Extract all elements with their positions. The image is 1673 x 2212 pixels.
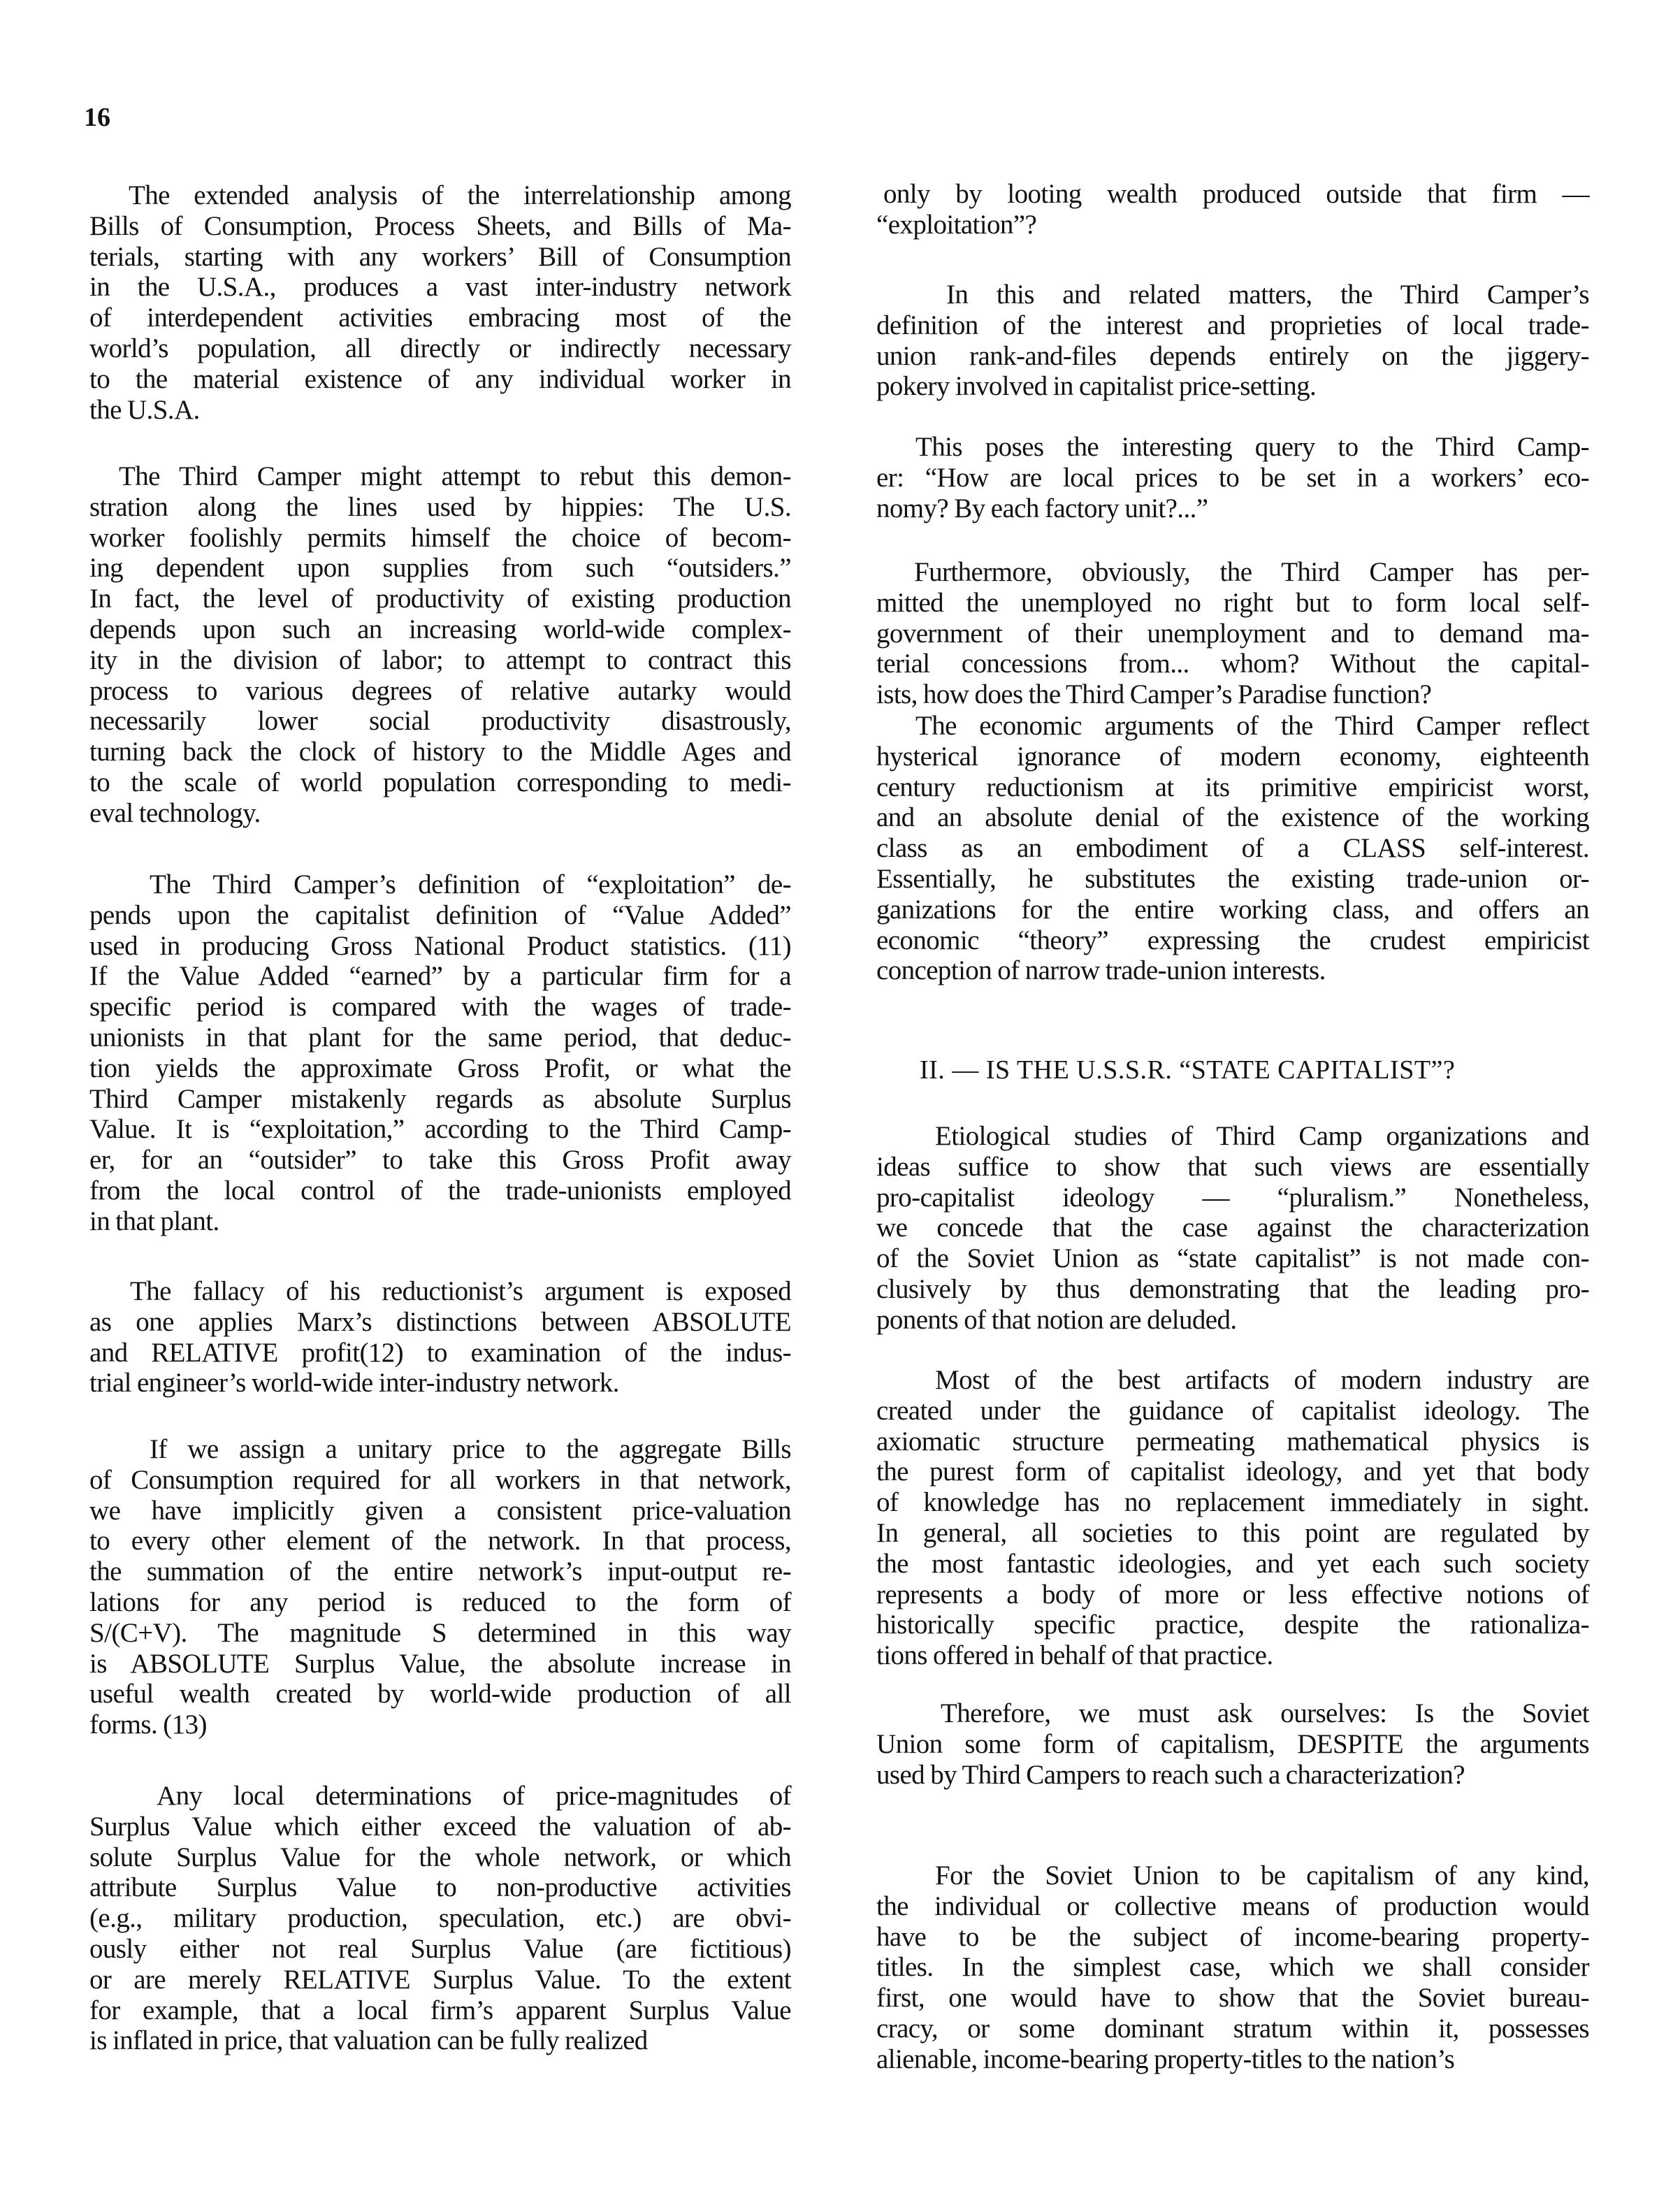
text-line: S/(C+V). The magnitude S determined in t… xyxy=(89,1618,791,1649)
text-line: If we assign a unitary price to the aggr… xyxy=(89,1434,791,1465)
text-line: ing dependent upon supplies from such “o… xyxy=(89,553,791,584)
text-line: from the local control of the trade-unio… xyxy=(89,1176,791,1206)
paragraph: only by looting wealth produced outside … xyxy=(876,179,1589,240)
text-line: historically specific practice, despite … xyxy=(876,1610,1589,1640)
text-line: we concede that the case against the cha… xyxy=(876,1213,1589,1243)
document-page: 16 The extended analysis of the interrel… xyxy=(0,0,1673,2212)
text-line: Therefore, we must ask ourselves: Is the… xyxy=(876,1698,1589,1729)
text-line: the U.S.A. xyxy=(89,395,791,426)
text-line: The extended analysis of the interrelati… xyxy=(89,180,791,211)
text-line: In general, all societies to this point … xyxy=(876,1518,1589,1549)
paragraph: The Third Camper might attempt to rebut … xyxy=(89,461,791,829)
paragraph: The extended analysis of the interrelati… xyxy=(89,180,791,425)
text-line: trial engineer’s world-wide inter-indust… xyxy=(89,1368,791,1398)
text-line: forms. (13) xyxy=(89,1709,791,1740)
paragraph: Any local determinations of price-magnit… xyxy=(89,1781,791,2056)
paragraph: The fallacy of his reductionist’s argume… xyxy=(89,1276,791,1398)
text-line: pro-capitalist ideology — “pluralism.” N… xyxy=(876,1183,1589,1213)
text-line: necessarily lower social productivity di… xyxy=(89,706,791,737)
text-line: If the Value Added “earned” by a particu… xyxy=(89,961,791,992)
text-line: For the Soviet Union to be capitalism of… xyxy=(876,1860,1589,1891)
text-line: economic “theory” expressing the crudest… xyxy=(876,925,1589,956)
text-line: eval technology. xyxy=(89,798,791,829)
text-line: and RELATIVE profit(12) to examination o… xyxy=(89,1338,791,1368)
text-line: attribute Surplus Value to non-productiv… xyxy=(89,1872,791,1903)
text-line: union rank-and-files depends entirely on… xyxy=(876,341,1589,372)
text-line: Essentially, he substitutes the existing… xyxy=(876,864,1589,895)
text-line: hysterical ignorance of modern economy, … xyxy=(876,742,1589,772)
text-line: (e.g., military production, speculation,… xyxy=(89,1903,791,1934)
text-line: In fact, the level of productivity of ex… xyxy=(89,584,791,614)
text-line: The fallacy of his reductionist’s argume… xyxy=(89,1276,791,1307)
text-line: or are merely RELATIVE Surplus Value. To… xyxy=(89,1965,791,1995)
text-line: the most fantastic ideologies, and yet e… xyxy=(876,1549,1589,1580)
text-line: to the material existence of any individ… xyxy=(89,364,791,395)
text-line: world’s population, all directly or indi… xyxy=(89,333,791,364)
text-line: we have implicitly given a consistent pr… xyxy=(89,1496,791,1526)
text-line: er, for an “outsider” to take this Gross… xyxy=(89,1145,791,1176)
text-line: solute Surplus Value for the whole netwo… xyxy=(89,1842,791,1873)
text-line: government of their unemployment and to … xyxy=(876,619,1589,649)
text-line: Bills of Consumption, Process Sheets, an… xyxy=(89,211,791,242)
text-line: of the Soviet Union as “state capitalist… xyxy=(876,1243,1589,1274)
paragraph: For the Soviet Union to be capitalism of… xyxy=(876,1860,1589,2075)
text-line: first, one would have to show that the S… xyxy=(876,1983,1589,2014)
text-line: Any local determinations of price-magnit… xyxy=(89,1781,791,1812)
text-line: unionists in that plant for the same per… xyxy=(89,1022,791,1053)
text-line: specific period is compared with the wag… xyxy=(89,992,791,1022)
text-line: titles. In the simplest case, which we s… xyxy=(876,1952,1589,1983)
text-line: definition of the interest and proprieti… xyxy=(876,310,1589,341)
text-line: Most of the best artifacts of modern ind… xyxy=(876,1365,1589,1396)
text-line: nomy? By each factory unit?...” xyxy=(876,493,1589,524)
text-line: process to various degrees of relative a… xyxy=(89,676,791,707)
text-line: used by Third Campers to reach such a ch… xyxy=(876,1760,1589,1791)
text-line: of knowledge has no replacement immediat… xyxy=(876,1487,1589,1518)
text-line: depends upon such an increasing world-wi… xyxy=(89,614,791,645)
text-line: and an absolute denial of the existence … xyxy=(876,802,1589,833)
text-line: the individual or collective means of pr… xyxy=(876,1891,1589,1922)
text-line: in that plant. xyxy=(89,1206,791,1237)
text-line: tions offered in behalf of that practice… xyxy=(876,1640,1589,1671)
text-line: This poses the interesting query to the … xyxy=(876,432,1589,463)
paragraph: In this and related matters, the Third C… xyxy=(876,280,1589,402)
text-line: ity in the division of labor; to attempt… xyxy=(89,645,791,676)
text-line: “exploitation”? xyxy=(876,210,1589,240)
text-line: mitted the unemployed no right but to fo… xyxy=(876,588,1589,619)
text-line: in the U.S.A., produces a vast inter-ind… xyxy=(89,272,791,303)
text-line: is ABSOLUTE Surplus Value, the absolute … xyxy=(89,1649,791,1679)
text-line: In this and related matters, the Third C… xyxy=(876,280,1589,310)
text-line: terial concessions from... whom? Without… xyxy=(876,649,1589,679)
text-line: Third Camper mistakenly regards as absol… xyxy=(89,1084,791,1115)
text-line: class as an embodiment of a CLASS self-i… xyxy=(876,833,1589,864)
text-line: used in producing Gross National Product… xyxy=(89,931,791,962)
text-line: is inflated in price, that valuation can… xyxy=(89,2025,791,2056)
text-line: pokery involved in capitalist price-sett… xyxy=(876,371,1589,402)
text-line: the purest form of capitalist ideology, … xyxy=(876,1456,1589,1487)
text-line: cracy, or some dominant stratum within i… xyxy=(876,2014,1589,2044)
text-line: Union some form of capitalism, DESPITE t… xyxy=(876,1729,1589,1760)
text-line: ists, how does the Third Camper’s Paradi… xyxy=(876,679,1589,710)
text-line: lations for any period is reduced to the… xyxy=(89,1587,791,1618)
text-line: ponents of that notion are deluded. xyxy=(876,1305,1589,1336)
text-line: er: “How are local prices to be set in a… xyxy=(876,463,1589,493)
paragraph: If we assign a unitary price to the aggr… xyxy=(89,1434,791,1740)
text-line: have to be the subject of income-bearing… xyxy=(876,1922,1589,1953)
text-line: to every other element of the network. I… xyxy=(89,1526,791,1556)
paragraph: Therefore, we must ask ourselves: Is the… xyxy=(876,1698,1589,1790)
text-line: conception of narrow trade-union interes… xyxy=(876,955,1589,986)
text-line: worker foolishly permits himself the cho… xyxy=(89,523,791,554)
text-line: pends upon the capitalist definition of … xyxy=(89,900,791,931)
text-line: The economic arguments of the Third Camp… xyxy=(876,711,1589,742)
text-line: axiomatic structure permeating mathemati… xyxy=(876,1426,1589,1457)
text-line: tion yields the approximate Gross Profit… xyxy=(89,1053,791,1084)
section-heading: II. — IS THE U.S.S.R. “STATE CAPITALIST”… xyxy=(920,1055,1455,1085)
text-line: created under the guidance of capitalist… xyxy=(876,1396,1589,1426)
text-line: of interdependent activities embracing m… xyxy=(89,303,791,333)
paragraph: This poses the interesting query to the … xyxy=(876,432,1589,523)
text-line: ganizations for the entire working class… xyxy=(876,895,1589,925)
paragraph: The economic arguments of the Third Camp… xyxy=(876,711,1589,986)
text-line: useful wealth created by world-wide prod… xyxy=(89,1679,791,1709)
text-line: ideas suffice to show that such views ar… xyxy=(876,1152,1589,1183)
text-line: The Third Camper might attempt to rebut … xyxy=(89,461,791,492)
paragraph: The Third Camper’s definition of “exploi… xyxy=(89,869,791,1237)
text-line: terials, starting with any workers’ Bill… xyxy=(89,242,791,273)
text-line: as one applies Marx’s distinctions betwe… xyxy=(89,1307,791,1338)
text-line: clusively by thus demonstrating that the… xyxy=(876,1274,1589,1305)
paragraph: Furthermore, obviously, the Third Camper… xyxy=(876,557,1589,710)
text-line: Furthermore, obviously, the Third Camper… xyxy=(876,557,1589,588)
text-line: only by looting wealth produced outside … xyxy=(876,179,1589,210)
text-line: for example, that a local firm’s apparen… xyxy=(89,1995,791,2026)
text-line: stration along the lines used by hippies… xyxy=(89,492,791,523)
text-line: to the scale of world population corresp… xyxy=(89,767,791,798)
text-line: Surplus Value which either exceed the va… xyxy=(89,1812,791,1842)
text-line: the summation of the entire network’s in… xyxy=(89,1556,791,1587)
text-line: alienable, income-bearing property-title… xyxy=(876,2044,1589,2075)
text-line: of Consumption required for all workers … xyxy=(89,1465,791,1496)
page-number: 16 xyxy=(84,102,110,133)
text-line: Etiological studies of Third Camp organi… xyxy=(876,1121,1589,1152)
text-line: represents a body of more or less effect… xyxy=(876,1580,1589,1610)
text-line: century reductionism at its primitive em… xyxy=(876,772,1589,803)
paragraph: Most of the best artifacts of modern ind… xyxy=(876,1365,1589,1671)
text-line: turning back the clock of history to the… xyxy=(89,737,791,767)
paragraph: Etiological studies of Third Camp organi… xyxy=(876,1121,1589,1336)
text-line: Value. It is “exploitation,” according t… xyxy=(89,1114,791,1145)
text-line: ously either not real Surplus Value (are… xyxy=(89,1934,791,1965)
text-line: The Third Camper’s definition of “exploi… xyxy=(89,869,791,900)
